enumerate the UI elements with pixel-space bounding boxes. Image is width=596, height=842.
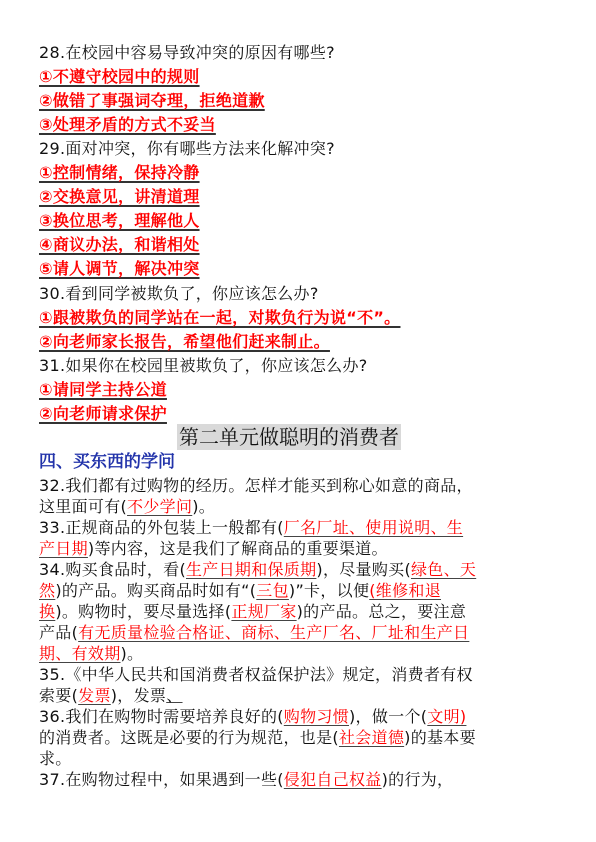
- answer-29-2: ②交换意见，讲清道理: [39, 187, 200, 207]
- question-34-line-1: 34.购买食品时，看(生产日期和保质期)，尽量购买(绿色、天: [39, 560, 476, 580]
- question-34-line-4: 产品(有无质量检验合格证、商标、生产厂名、厂址和生产日: [39, 623, 469, 643]
- question-31: 31.如果你在校园里被欺负了，你应该怎么办?: [39, 356, 368, 376]
- question-35-line-2: 索要(发票)，发票、: [39, 686, 183, 706]
- answer-30-2: ②向老师家长报告，希望他们赶来制止。: [39, 332, 330, 352]
- question-34-line-2: 然)的产品。购买商品时如有“(三包)”卡，以便(维修和退: [39, 581, 441, 601]
- unit-title: 第二单元做聪明的消费者: [177, 424, 401, 450]
- blank-answer: 然: [39, 581, 55, 600]
- answer-31-1: ①请同学主持公道: [39, 380, 167, 400]
- blank-answer: 换: [39, 602, 55, 621]
- question-28: 28.在校园中容易导致冲突的原因有哪些?: [39, 43, 335, 63]
- section-heading: 四、买东西的学问: [39, 451, 175, 473]
- answer-31-2: ②向老师请求保护: [39, 404, 167, 424]
- question-29: 29.面对冲突，你有哪些方法来化解冲突?: [39, 139, 335, 159]
- blank-answer: 产日期: [39, 539, 88, 558]
- blank-answer: 社会道德: [339, 728, 404, 747]
- blank-answer: 侵犯自己权益: [284, 770, 382, 789]
- blank-answer: 文明): [427, 707, 466, 726]
- blank-answer: (维修和退: [369, 581, 441, 600]
- question-34-line-3: 换)。购物时，要尽量选择(正规厂家)的产品。总之，要注意: [39, 602, 466, 622]
- question-32-line-1: 32.我们都有过购物的经历。怎样才能买到称心如意的商品，: [39, 476, 473, 496]
- answer-29-5: ⑤请人调节，解决冲突: [39, 259, 200, 279]
- blank-answer: 不少学问: [127, 497, 192, 516]
- question-33-line-1: 33.正规商品的外包装上一般都有(厂名厂址、使用说明、生: [39, 518, 463, 538]
- question-32-line-2: 这里面可有(不少学问)。: [39, 497, 215, 517]
- answer-28-1: ①不遵守校园中的规则: [39, 67, 200, 87]
- question-34-line-5: 期、有效期)。: [39, 644, 143, 664]
- answer-30-1: ①跟被欺负的同学站在一起，对欺负行为说“不”。: [39, 308, 400, 328]
- question-36-line-3: 求。: [39, 749, 72, 769]
- blank-answer: 正规厂家: [231, 602, 296, 621]
- blank-answer: 厂名厂址、使用说明、生: [284, 518, 463, 537]
- blank-answer: 绿色、天: [411, 560, 476, 579]
- answer-29-3: ③换位思考，理解他人: [39, 211, 200, 231]
- answer-29-4: ④商议办法，和谐相处: [39, 235, 200, 255]
- question-33-line-2: 产日期)等内容，这是我们了解商品的重要渠道。: [39, 539, 388, 559]
- blank-answer: 三包: [256, 581, 289, 600]
- question-36-line-1: 36.我们在购物时需要培养良好的(购物习惯)，做一个(文明): [39, 707, 466, 727]
- question-37-line-1: 37.在购物过程中，如果遇到一些(侵犯自己权益)的行为，: [39, 770, 453, 790]
- blank-answer: 期、有效期: [39, 644, 121, 663]
- blank-answer: 发票: [78, 686, 111, 705]
- blank-answer: 有无质量检验合格证、商标、生产厂名、厂址和生产日: [78, 623, 469, 642]
- blank-answer: 购物习惯: [284, 707, 349, 726]
- blank-answer: 生产日期和保质期: [186, 560, 316, 579]
- question-35-line-1: 35.《中华人民共和国消费者权益保护法》规定，消费者有权: [39, 665, 473, 685]
- question-30: 30.看到同学被欺负了，你应该怎么办?: [39, 284, 319, 304]
- answer-29-1: ①控制情绪，保持冷静: [39, 163, 200, 183]
- question-36-line-2: 的消费者。这既是必要的行为规范，也是(社会道德)的基本要: [39, 728, 476, 748]
- answer-28-3: ③处理矛盾的方式不妥当: [39, 115, 216, 135]
- answer-28-2: ②做错了事强词夺理，拒绝道歉: [39, 91, 265, 111]
